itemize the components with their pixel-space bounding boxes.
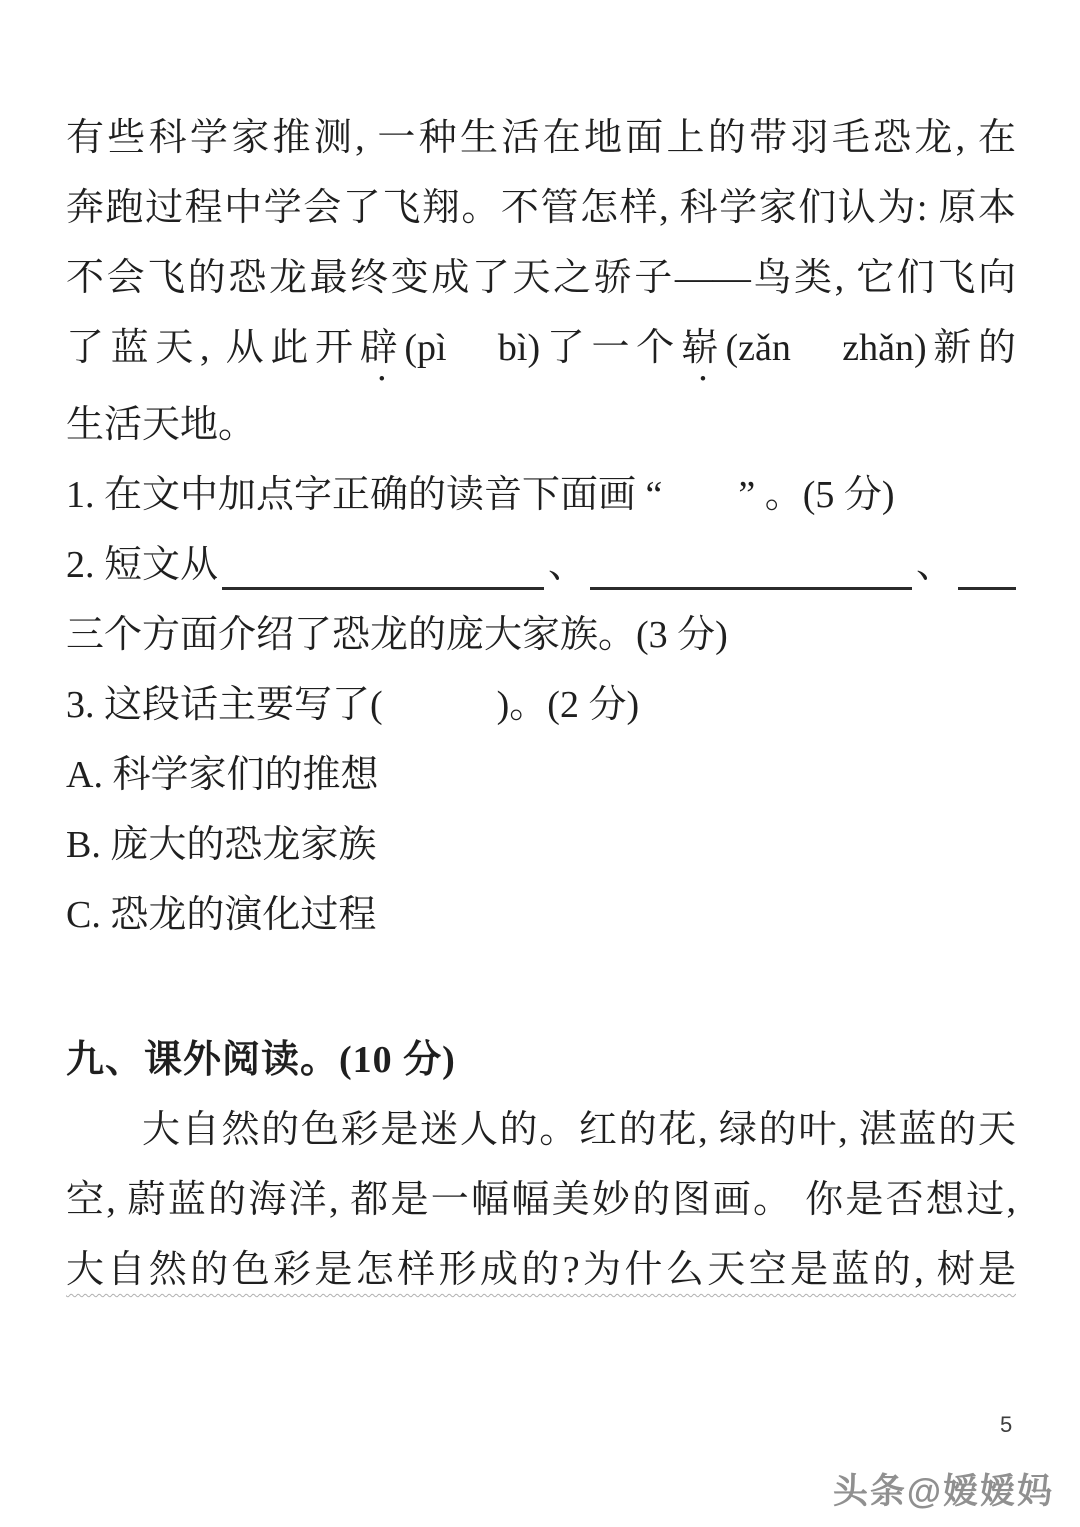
emphasized-char-zhan: 崭 bbox=[681, 327, 726, 369]
section-9-heading: 九、课外阅读。(10 分) bbox=[66, 1025, 1016, 1095]
section-9-paragraph-line-1: 大自然的色彩是迷人的。红的花, 绿的叶, 湛蓝的天 bbox=[66, 1095, 1016, 1165]
passage-text: (pì bì)了一个 bbox=[404, 327, 680, 369]
question-3: 3. 这段话主要写了( )。(2 分) bbox=[66, 670, 1016, 740]
passage-line-1: 有些科学家推测, 一种生活在地面上的带羽毛恐龙, 在 bbox=[66, 103, 1016, 173]
question-2-prefix: 2. 短文从 bbox=[66, 530, 218, 600]
page-content: 有些科学家推测, 一种生活在地面上的带羽毛恐龙, 在 奔跑过程中学会了飞翔。不管… bbox=[66, 103, 1016, 1305]
answer-blank-2 bbox=[590, 530, 912, 590]
section-9-paragraph-line-2: 空, 蔚蓝的海洋, 都是一幅幅美妙的图画。 你是否想过, bbox=[66, 1165, 1016, 1235]
separator-caesura: 、 bbox=[916, 530, 954, 600]
passage-line-5: 生活天地。 bbox=[66, 390, 1016, 460]
worksheet-page: 有些科学家推测, 一种生活在地面上的带羽毛恐龙, 在 奔跑过程中学会了飞翔。不管… bbox=[0, 0, 1080, 1527]
separator-caesura: 、 bbox=[548, 530, 586, 600]
answer-blank-1 bbox=[222, 530, 544, 590]
option-c: C. 恐龙的演化过程 bbox=[66, 880, 1016, 950]
question-1: 1. 在文中加点字正确的读音下面画 “ ” 。(5 分) bbox=[66, 460, 1016, 530]
watermark-label: 头条@嫒嫒妈 bbox=[833, 1464, 1054, 1514]
answer-blank-3 bbox=[958, 530, 1016, 590]
passage-line-3: 不会飞的恐龙最终变成了天之骄子——鸟类, 它们飞向 bbox=[66, 243, 1016, 313]
passage-line-4: 了蓝天, 从此开辟(pì bì)了一个崭(zǎn zhǎn)新的 bbox=[66, 313, 1016, 390]
option-b: B. 庞大的恐龙家族 bbox=[66, 810, 1016, 880]
emphasized-char-pi: 辟 bbox=[360, 327, 405, 369]
passage-line-2: 奔跑过程中学会了飞翔。不管怎样, 科学家们认为: 原本 bbox=[66, 173, 1016, 243]
passage-text: (zǎn zhǎn)新的 bbox=[726, 327, 1016, 369]
question-2-line-1: 2. 短文从 、 、 bbox=[66, 530, 1016, 600]
passage-text: 了蓝天, 从此开 bbox=[66, 327, 360, 369]
option-a: A. 科学家们的推想 bbox=[66, 740, 1016, 810]
question-2-line-2: 三个方面介绍了恐龙的庞大家族。(3 分) bbox=[66, 600, 1016, 670]
section-9-paragraph-line-3: 大自然的色彩是怎样形成的?为什么天空是蓝的, 树是 bbox=[66, 1235, 1016, 1305]
page-number: 5 bbox=[1000, 1412, 1012, 1438]
